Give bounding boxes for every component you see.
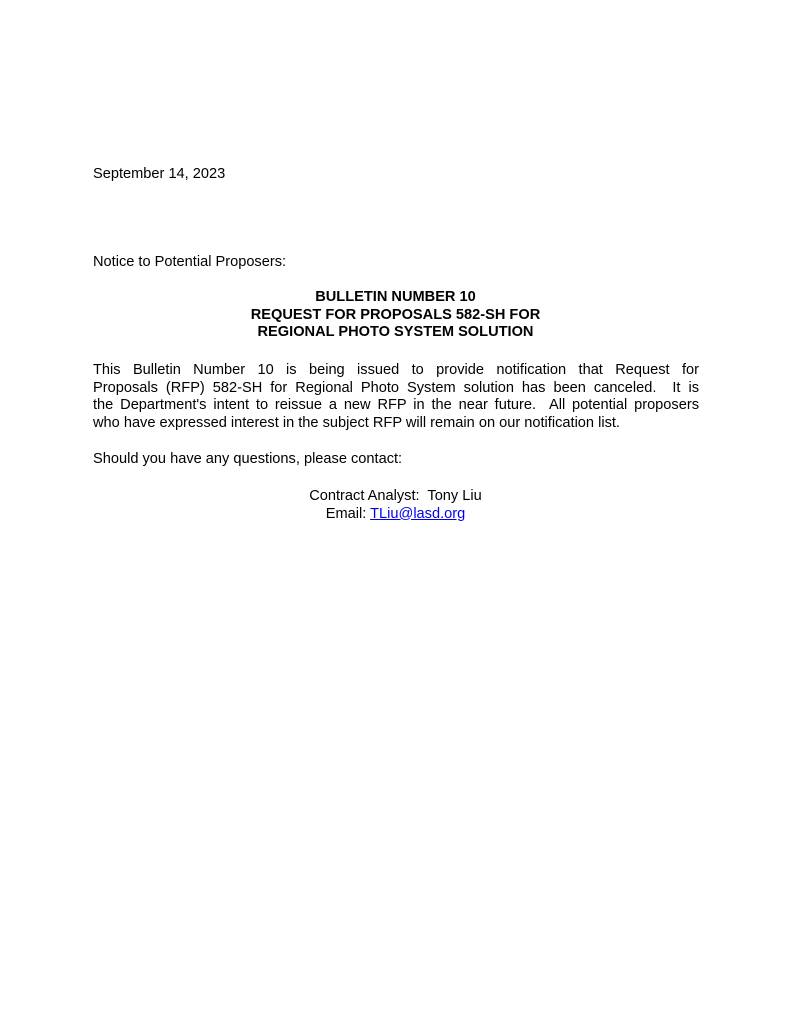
- contact-prompt: Should you have any questions, please co…: [93, 451, 402, 467]
- body-line: the Department's intent to reissue a new…: [93, 397, 699, 415]
- body-line: This Bulletin Number 10 is being issued …: [93, 362, 699, 380]
- body-paragraph: This Bulletin Number 10 is being issued …: [93, 362, 699, 432]
- heading-line: BULLETIN NUMBER 10: [0, 289, 791, 307]
- salutation: Notice to Potential Proposers:: [93, 254, 286, 270]
- body-line: who have expressed interest in the subje…: [93, 415, 699, 433]
- body-line: Proposals (RFP) 582-SH for Regional Phot…: [93, 380, 699, 398]
- bulletin-heading: BULLETIN NUMBER 10 REQUEST FOR PROPOSALS…: [0, 289, 791, 342]
- contact-block: Contract Analyst: Tony Liu Email: TLiu@l…: [0, 488, 791, 523]
- email-link[interactable]: TLiu@lasd.org: [370, 506, 465, 522]
- email-label: Email:: [326, 506, 370, 522]
- letter-date: September 14, 2023: [93, 166, 225, 182]
- heading-line: REGIONAL PHOTO SYSTEM SOLUTION: [0, 324, 791, 342]
- contract-analyst: Contract Analyst: Tony Liu: [0, 488, 791, 506]
- email-line: Email: TLiu@lasd.org: [0, 506, 791, 524]
- heading-line: REQUEST FOR PROPOSALS 582-SH FOR: [0, 307, 791, 325]
- document-page: September 14, 2023 Notice to Potential P…: [0, 0, 791, 1024]
